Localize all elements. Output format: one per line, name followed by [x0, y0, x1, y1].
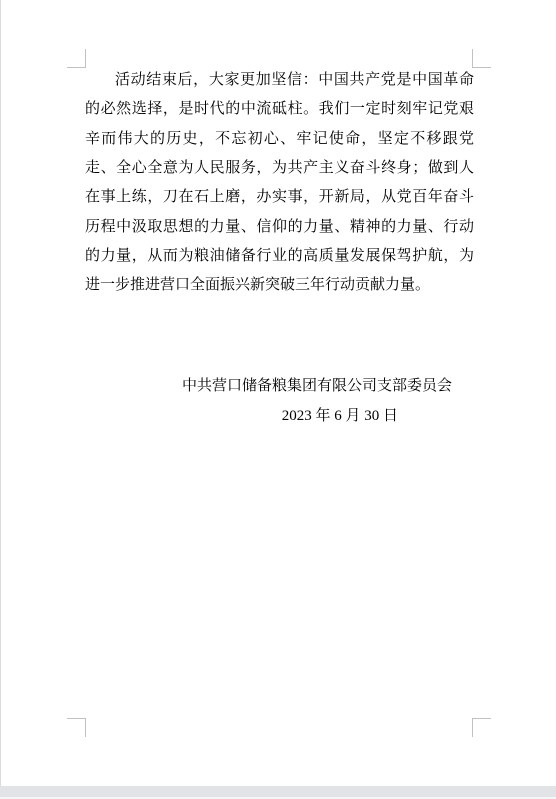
document-page[interactable]: 活动结束后，大家更加坚信：中国共产党是中国革命的必然选择，是时代的中流砥柱。我们… [0, 0, 556, 799]
date-line[interactable]: 2023 年 6 月 30 日 [85, 401, 472, 431]
margin-crop-mark-top-left [67, 49, 86, 68]
margin-crop-mark-bottom-left [67, 718, 86, 737]
signature-line[interactable]: 中共营口储备粮集团有限公司支部委员会 [85, 371, 472, 401]
signature-block: 中共营口储备粮集团有限公司支部委员会 2023 年 6 月 30 日 [85, 371, 472, 431]
page-left-edge [0, 0, 1, 786]
margin-crop-mark-top-right [472, 49, 491, 68]
workspace-gap [0, 786, 556, 797]
margin-crop-mark-bottom-right [472, 718, 491, 737]
document-paragraph[interactable]: 活动结束后，大家更加坚信：中国共产党是中国革命的必然选择，是时代的中流砥柱。我们… [85, 66, 474, 301]
